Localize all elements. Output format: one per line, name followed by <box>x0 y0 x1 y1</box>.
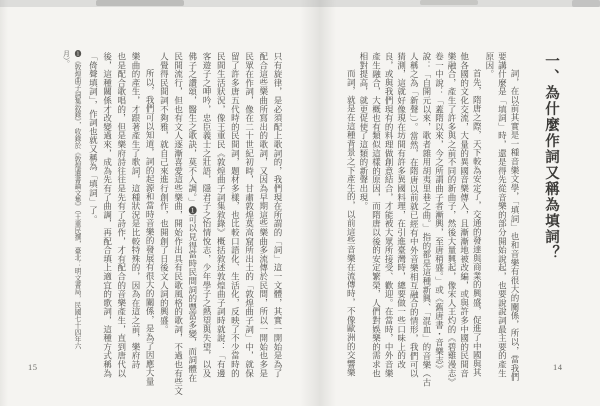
text-column: 產生融合，大概也有類似這樣的原因，而隋唐以後的安定繁榮，人們對娛樂的需求也 <box>370 52 383 382</box>
scan-smudge <box>96 0 184 6</box>
page-number-left: 15 <box>28 362 38 372</box>
scan-smudge <box>420 0 478 5</box>
chapter-heading: 一、為什麼作詞又稱為填詞？ <box>541 53 562 283</box>
text-column: 猜測，這就好像現在坊間有許多異國料理，在引進臺灣時，總要做一些口味上的改 <box>395 52 408 382</box>
text-column: 說：「自開元以來，歌者雜用胡夷里巷之曲。」指的都是這種新興、「混血」的音樂（古 <box>420 52 433 382</box>
text-column: 配合這些樂曲所寫出的歌詞，又因為早期這些樂曲多流傳於民間，所以一開始也多是 <box>257 52 271 382</box>
text-column: 所以，我們可以知道，詞的起源和當時音樂的發展有很大的關係，是為了因應大量 <box>143 52 157 382</box>
text-column: 樂曲的產生，才跟著產生了歌詞，這種狀況是比較特殊的，因為在這之前，樂府詩 <box>129 52 143 382</box>
text-column: 人覺得民間詞不夠雅，就自己來進行創作，也開創了日後文人詞的興盛。 <box>157 52 171 382</box>
text-column: 民間流行，但也有文人逐漸喜愛這些樂曲，開始作出具有民歌風格的歌詞，不過也有些文 <box>171 52 185 382</box>
text-column: 卷一中說：「蓋隋以來，今之所謂曲子者漸興，至唐稍盛。」或《舊唐書・音樂志》 <box>433 52 446 382</box>
book-spread: 一、為什麼作詞又稱為填詞？ 詞，在以前其實是一種音樂文學，「填詞」也和音樂有很大… <box>0 0 600 406</box>
text-column: 民間生活狀況，像王重民《敦煌曲子詞集敘錄》概括敘述敦煌曲子詞時就說：「有邊 <box>214 52 228 382</box>
text-column: 「倚聲填詞」，作詞也就又稱為「填詞」了。 <box>86 52 100 382</box>
text-column: 而詞，就是在這種背景之下產生的，以前這些音樂在流傳時，不像歐洲的交響樂 <box>345 52 358 382</box>
footnote-line: 月）。 <box>59 50 71 370</box>
text-column: 原因。 <box>483 52 496 382</box>
text-column: 留了許多唐五代時的民間詞，題材多樣，也比較口語化、生活化，反映了不少當時的 <box>228 52 242 382</box>
text-column: 也是配合歌唱的，但是樂府詩往往是先有了詩作，才有配合的音樂產生，直到唐代以 <box>115 52 129 382</box>
text-column: 人稱之為「新聲」）。當然，在隋唐以前就已經有中外音樂相互融合的情形，我們可以 <box>408 52 421 382</box>
text-column: 良，或與我們現有的料理做創意結合，才能被大眾所接受、歡迎。在當時，中外音樂 <box>382 52 395 382</box>
text-column: 他各國的文化交流，大量的異國音樂傳入，且漸漸地被改編，或與許多中國的民間音 <box>458 52 471 382</box>
scan-smudge <box>572 0 600 7</box>
text-column: 詞，在以前其實是一種音樂文學，「填詞」也和音樂有很大的關係，所以，當我們 <box>508 52 521 382</box>
text-column: 只有旋律，是必須配上歌詞的，我們現在所謂的「詞」這一文體，其實一開始是為了 <box>271 52 285 382</box>
text-column: 佛子之讚頌，醫生之歌訣，莫不入調。」❶可以見得當時民間詞的豐富多變，而詞體在 <box>186 52 200 382</box>
page-edge-shadow <box>0 0 8 406</box>
text-column: 後，這種關係才改變過來，成為先有了曲調，再配合填上適宜的歌詞，這種方式稱為 <box>100 52 114 382</box>
text-column: 民眾在作詞，像在二十世紀初時，甘肅敦煌莫高窟所出土的「敦煌曲子詞」中，就保 <box>242 52 256 382</box>
left-page-body: 只有旋律，是必須配上歌詞的，我們現在所謂的「詞」這一文體，其實一開始是為了 配合… <box>86 52 285 382</box>
text-column: 樂融合，產生了許多與之前不同的新曲子，然後大量興起，像宋人王灼的《碧雞漫志》 <box>445 52 458 382</box>
text-column: 相對提高，就更促使了這類的新聲出現。 <box>357 52 370 382</box>
right-page-body: 詞，在以前其實是一種音樂文學，「填詞」也和音樂有很大的關係，所以，當我們 要講什… <box>345 52 521 382</box>
text-column: 首先，隋唐之際，天下較為安定了，交通的發達與商業的興盛，促進了中國與其 <box>471 52 484 382</box>
footnote-line: ❶《敦煌曲子詞集敘錄》，收錄於《敦煌遺書論文集》（王重民撰，臺北：明文書局，民國… <box>71 50 83 370</box>
text-column: 客遊子之呻吟，忠臣義士之壯語，隱君子之怡情悅志，少年學子之熱望與失望，以及 <box>200 52 214 382</box>
page-number-right: 14 <box>553 362 563 372</box>
footnote: ❶《敦煌曲子詞集敘錄》，收錄於《敦煌遺書論文集》（王重民撰，臺北：明文書局，民國… <box>56 50 82 370</box>
page-gutter-shadow <box>300 0 336 406</box>
text-column: 要講什麼是「填詞」時，還是得先從音樂的部分開始說起，也要說說詞最主要的產生 <box>496 52 509 382</box>
